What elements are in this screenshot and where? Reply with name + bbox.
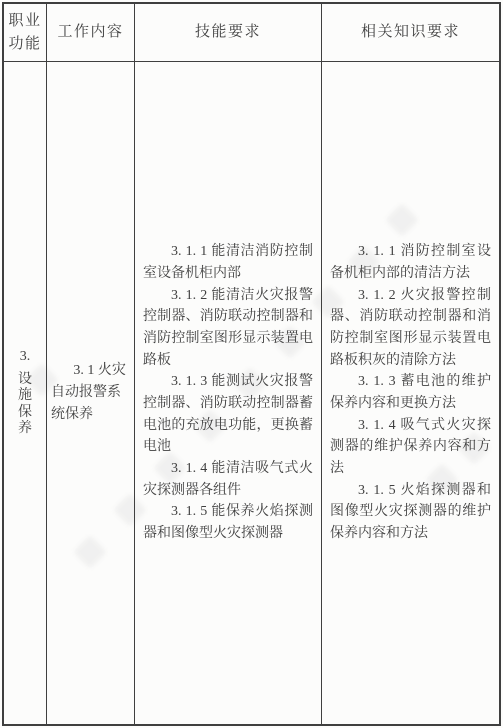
function-char: 养 bbox=[18, 421, 32, 437]
cell-occupational-function: 3. 设 施 保 养 bbox=[4, 62, 47, 724]
knowledge-item: 3. 1. 4 吸气式火灾探测器的维护保养内容和方法 bbox=[330, 415, 491, 480]
skill-item: 3. 1. 3 能测试火灾报警控制器、消防联动控制器蓄电池的充放电功能，更换蓄电… bbox=[143, 371, 313, 458]
function-char: 保 bbox=[18, 405, 32, 421]
knowledge-item: 3. 1. 3 蓄电池的维护保养内容和更换方法 bbox=[330, 371, 491, 414]
function-char: 设 bbox=[18, 372, 32, 388]
cell-skill-requirements: 3. 1. 1 能清洁消防控制室设备机柜内部 3. 1. 2 能清洁火灾报警控制… bbox=[135, 62, 322, 724]
header-work-content: 工作内容 bbox=[47, 4, 135, 62]
knowledge-item: 3. 1. 2 火灾报警控制器、消防联动控制器和消防控制室图形显示装置电路板积灰… bbox=[330, 285, 491, 372]
function-number: 3. bbox=[20, 349, 31, 365]
header-occupational-function: 职业功能 bbox=[4, 4, 47, 62]
skill-item: 3. 1. 2 能清洁火灾报警控制器、消防联动控制器和消防控制室图形显示装置电路… bbox=[143, 285, 313, 372]
function-char: 施 bbox=[18, 388, 32, 404]
knowledge-item: 3. 1. 1 消防控制室设备机柜内部的清洁方法 bbox=[330, 241, 491, 284]
work-content-text: 3. 1 火灾自动报警系统保养 bbox=[51, 360, 130, 425]
knowledge-item: 3. 1. 5 火焰探测器和图像型火灾探测器的维护保养内容和方法 bbox=[330, 480, 491, 545]
requirements-table: 职业功能 工作内容 技能要求 相关知识要求 3. 设 施 保 养 3. 1 火灾… bbox=[2, 2, 501, 726]
skill-item: 3. 1. 5 能保养火焰探测器和图像型火灾探测器 bbox=[143, 501, 313, 544]
cell-knowledge-requirements: 3. 1. 1 消防控制室设备机柜内部的清洁方法 3. 1. 2 火灾报警控制器… bbox=[322, 62, 499, 724]
header-skill-requirements: 技能要求 bbox=[135, 4, 322, 62]
skill-item: 3. 1. 4 能清洁吸气式火灾探测器各组件 bbox=[143, 458, 313, 501]
document-page: 职业功能 工作内容 技能要求 相关知识要求 3. 设 施 保 养 3. 1 火灾… bbox=[0, 0, 503, 728]
header-knowledge-requirements: 相关知识要求 bbox=[322, 4, 499, 62]
cell-work-content: 3. 1 火灾自动报警系统保养 bbox=[47, 62, 135, 724]
skill-item: 3. 1. 1 能清洁消防控制室设备机柜内部 bbox=[143, 241, 313, 284]
